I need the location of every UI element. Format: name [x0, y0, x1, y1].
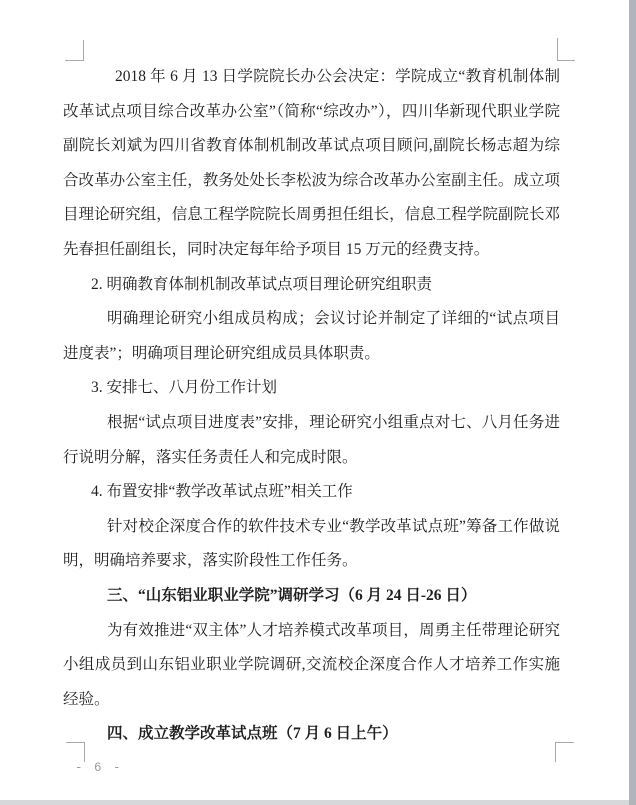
- crop-mark-top-left: [65, 40, 84, 61]
- page-edge-bottom: [0, 800, 629, 805]
- crop-mark-top-right: [557, 38, 575, 61]
- paragraph: 4. 布置安排“教学改革试点班”相关工作: [63, 475, 560, 510]
- paragraph: 2. 明确教育体制机制改革试点项目理论研究组职责: [63, 268, 560, 303]
- document-body: 2018 年 6 月 13 日学院院长办公会决定：学院成立“教育机制体制改革试点…: [63, 60, 560, 752]
- page-number: - 6 -: [75, 761, 123, 775]
- paragraph: 2018 年 6 月 13 日学院院长办公会决定：学院成立“教育机制体制改革试点…: [63, 60, 560, 268]
- paragraph: 明确理论研究小组成员构成；会议讨论并制定了详细的“试点项目进度表”；明确项目理论…: [63, 302, 560, 371]
- paragraph: 针对校企深度合作的软件技术专业“教学改革试点班”筹备工作做说明，明确培养要求，落…: [63, 510, 560, 579]
- paragraph: 根据“试点项目进度表”安排，理论研究小组重点对七、八月任务进行说明分解，落实任务…: [63, 406, 560, 475]
- document-page: 2018 年 6 月 13 日学院院长办公会决定：学院成立“教育机制体制改革试点…: [0, 0, 629, 800]
- section-heading: 三、“山东铝业职业学院”调研学习（6 月 24 日-26 日）: [63, 579, 560, 614]
- paragraph: 3. 安排七、八月份工作计划: [63, 371, 560, 406]
- section-heading: 四、成立教学改革试点班（7 月 6 日上午）: [63, 717, 560, 752]
- page-edge-right: [629, 0, 636, 805]
- paragraph: 为有效推进“双主体”人才培养模式改革项目，周勇主任带理论研究小组成员到山东铝业职…: [63, 614, 560, 718]
